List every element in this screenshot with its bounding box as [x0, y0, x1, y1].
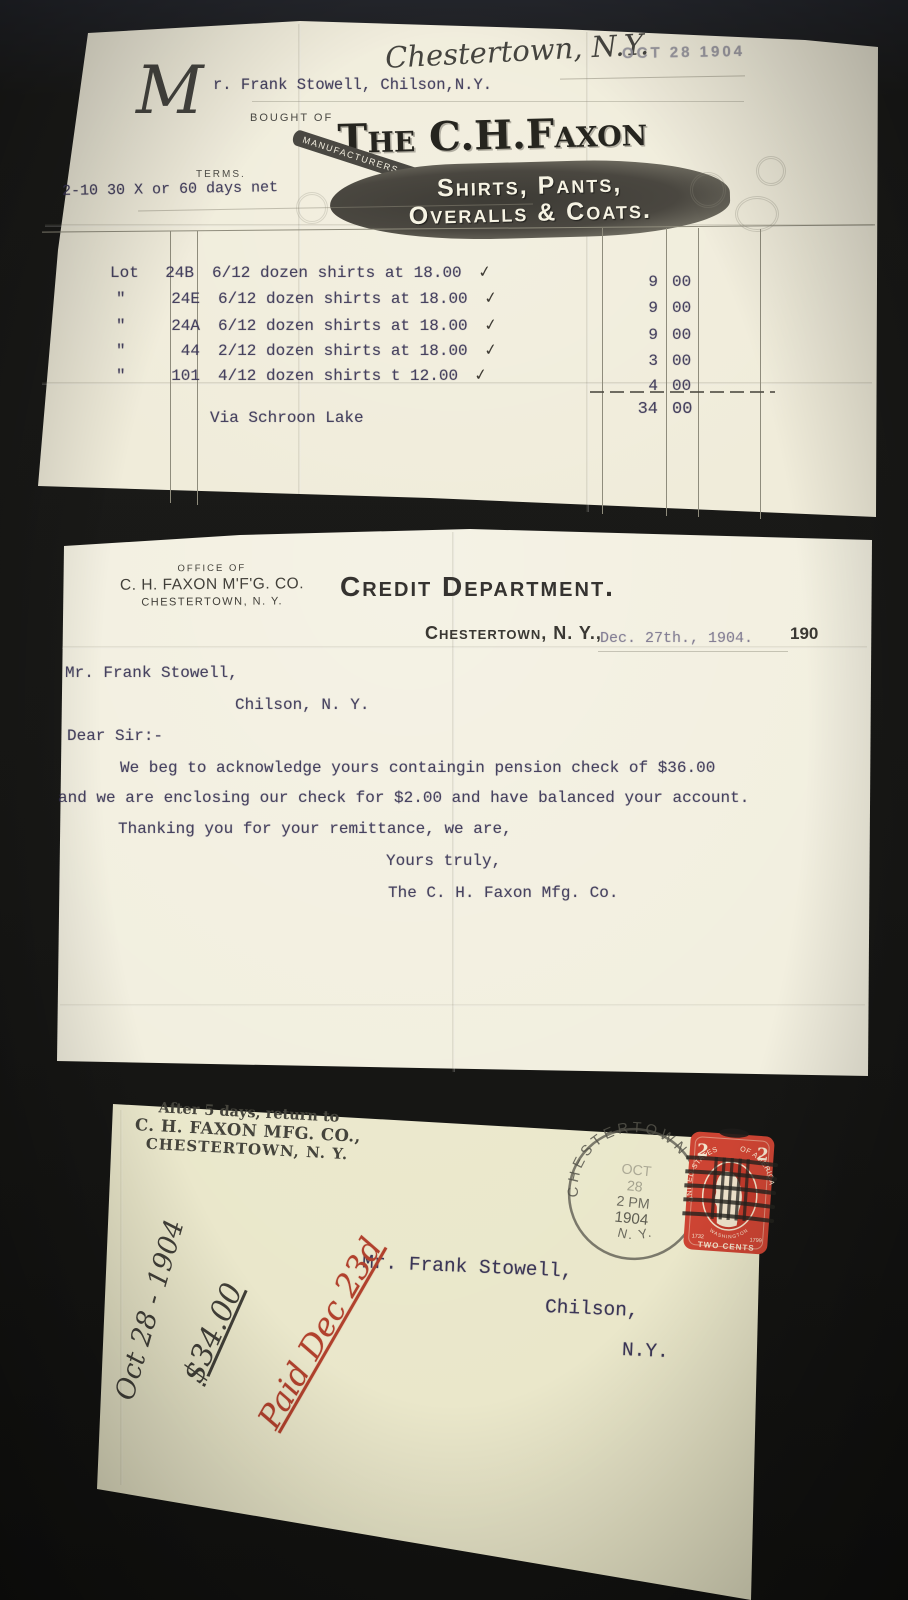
checkmark-icon: ✓ [482, 339, 498, 360]
amount-cents: 00 [672, 273, 691, 291]
postmark-day: 28 [626, 1178, 643, 1196]
lot-label: Lot [110, 264, 150, 282]
complimentary-close: Yours truly, [386, 852, 501, 870]
received-date-stamp: OCT 28 1904 [622, 43, 745, 62]
checkmark-icon: ✓ [482, 314, 498, 335]
ditto-mark: " [110, 290, 156, 308]
terms-label: TERMS. [196, 169, 246, 180]
checkmark-icon: ✓ [473, 364, 489, 385]
letter-salutation: Dear Sir:- [67, 727, 163, 745]
products-banner-line2: Overalls & Coats. [409, 197, 653, 231]
table-row: "24A6/12 dozen shirts at 18.00✓ [110, 315, 497, 335]
total-cents: 00 [672, 400, 692, 419]
letter-recipient-place: Chilson, N. Y. [235, 696, 369, 714]
amount-dollars: 3 [606, 352, 658, 370]
letter-body-line: We beg to acknowledge yours containgin p… [120, 759, 715, 777]
envelope-address-line2: Chilson, [545, 1296, 639, 1322]
table-row: "24E6/12 dozen shirts at 18.00✓ [110, 288, 497, 308]
item-description: 6/12 dozen shirts at 18.00 [218, 317, 468, 335]
item-description: 4/12 dozen shirts t 12.00 [218, 367, 458, 385]
dateline-rule [598, 651, 788, 652]
lot-number: 101 [156, 367, 200, 385]
column-rule [698, 228, 699, 517]
scroll-ornament [735, 196, 779, 232]
lot-number: 24E [156, 290, 200, 308]
checkmark-icon: ✓ [476, 261, 492, 282]
office-company-line: C. H. FAXON M'F'G. CO. [92, 575, 332, 595]
column-rule [760, 229, 761, 519]
addressee-script-initial: M [136, 58, 204, 124]
amount-cents: 00 [672, 326, 691, 344]
addressee-line: r. Frank Stowell, Chilson,N.Y. [213, 76, 492, 94]
amount-cents: 00 [672, 352, 691, 370]
letter-recipient: Mr. Frank Stowell, [65, 664, 238, 682]
amount-dollars: 9 [606, 326, 658, 344]
ditto-mark: " [110, 367, 156, 385]
scroll-ornament [690, 172, 726, 208]
amount-dollars: 9 [606, 299, 658, 317]
scroll-ornament [756, 156, 786, 186]
lot-number: 24B [150, 264, 194, 282]
letterhead-office-block: OFFICE OF C. H. FAXON M'F'G. CO. CHESTER… [92, 562, 332, 609]
office-of-line: OFFICE OF [92, 562, 332, 575]
credit-department-heading: Credit Department. [340, 571, 615, 603]
total-rule [590, 391, 775, 393]
letter-dateline-place: Chestertown, N. Y., [425, 623, 602, 644]
lot-number: 44 [156, 342, 200, 360]
routing-note: Via Schroon Lake [210, 409, 364, 427]
ditto-mark: " [110, 342, 156, 360]
letter-dateline-typed: Dec. 27th., 1904. [600, 630, 753, 647]
column-rule [602, 228, 603, 514]
postmark-year: 1904 [614, 1209, 649, 1229]
amount-cents: 00 [672, 299, 691, 317]
item-description: 6/12 dozen shirts at 18.00 [212, 264, 462, 282]
table-row: Lot24B6/12 dozen shirts at 18.00✓ [110, 262, 491, 282]
ditto-mark: " [110, 317, 156, 335]
table-row: "442/12 dozen shirts at 18.00✓ [110, 340, 497, 360]
total-dollars: 34 [606, 400, 658, 419]
office-place-line: CHESTERTOWN, N. Y. [92, 595, 332, 609]
letter-body-line: Thanking you for your remittance, we are… [118, 820, 512, 838]
checkmark-icon: ✓ [482, 287, 498, 308]
postmark-month: OCT [621, 1161, 653, 1180]
letter-body-line: and we are enclosing our check for $2.00… [58, 789, 749, 807]
envelope-address-line3: N.Y. [622, 1339, 670, 1363]
addressee-rule [252, 101, 744, 102]
table-row: "1014/12 dozen shirts t 12.00✓ [110, 365, 487, 385]
item-description: 6/12 dozen shirts at 18.00 [218, 290, 468, 308]
column-rule [666, 228, 667, 516]
letter-dateline-year: 190 [790, 624, 818, 644]
postage-stamp: 2 2 UNITED STATES OF AMERICA WASHINGTON … [680, 1123, 781, 1261]
lot-number: 24A [156, 317, 200, 335]
photo-of-documents: Chestertown, N.Y. OCT 28 1904 M r. Frank… [0, 0, 908, 1600]
amount-dollars: 9 [606, 273, 658, 291]
item-description: 2/12 dozen shirts at 18.00 [218, 342, 468, 360]
signature-line: The C. H. Faxon Mfg. Co. [388, 884, 618, 902]
